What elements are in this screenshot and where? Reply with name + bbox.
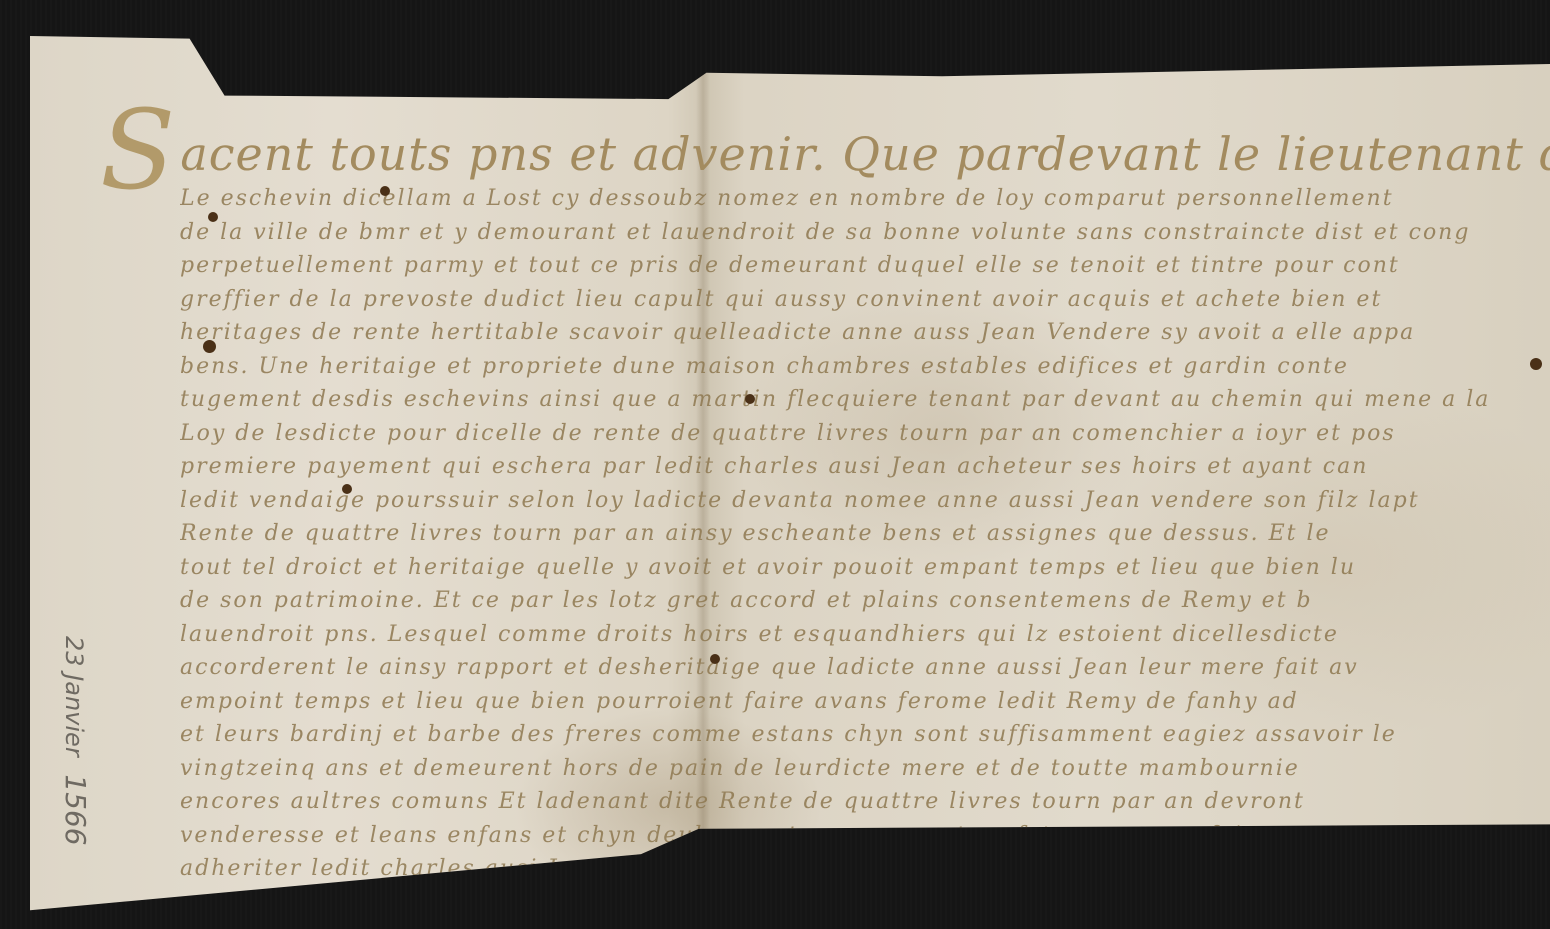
manuscript-text: Sacent touts pns et advenir. Que pardeva… bbox=[180, 122, 1550, 886]
manuscript-line: Rente de quattre livres tourn par an ain… bbox=[180, 517, 1550, 551]
ink-stain bbox=[1530, 358, 1542, 370]
heading-text: acent touts pns et advenir. Que pardevan… bbox=[180, 127, 1550, 181]
ink-stain bbox=[380, 186, 390, 196]
manuscript-line: perpetuellement parmy et tout ce pris de… bbox=[180, 249, 1550, 283]
manuscript-line: accorderent le ainsy rapport et desherit… bbox=[180, 651, 1550, 685]
parchment-document: Sacent touts pns et advenir. Que pardeva… bbox=[30, 36, 1550, 912]
manuscript-line: heritages de rente hertitable scavoir qu… bbox=[180, 316, 1550, 350]
manuscript-line: premiere payement qui eschera par ledit … bbox=[180, 450, 1550, 484]
manuscript-line: vingtzeinq ans et demeurent hors de pain… bbox=[180, 752, 1550, 786]
note-day: 23 bbox=[60, 636, 88, 667]
ink-stain bbox=[342, 484, 352, 494]
ink-stain bbox=[208, 212, 218, 222]
decorated-initial: S bbox=[100, 86, 176, 214]
note-year: 1566 bbox=[59, 774, 92, 845]
pencil-date-annotation: 23 Janvier 1566 bbox=[59, 636, 92, 846]
ink-stain bbox=[203, 340, 216, 353]
ink-stain bbox=[745, 394, 755, 404]
ink-stain bbox=[710, 654, 720, 664]
manuscript-line: de son patrimoine. Et ce par les lotz gr… bbox=[180, 584, 1550, 618]
manuscript-line: ledit vendaige pourssuir selon loy ladic… bbox=[180, 484, 1550, 518]
manuscript-line: tugement desdis eschevins ainsi que a ma… bbox=[180, 383, 1550, 417]
document-heading: Sacent touts pns et advenir. Que pardeva… bbox=[100, 122, 1550, 182]
manuscript-line: tout tel droict et heritaige quelle y av… bbox=[180, 551, 1550, 585]
manuscript-line: Loy de lesdicte pour dicelle de rente de… bbox=[180, 417, 1550, 451]
manuscript-line: empoint temps et lieu que bien pourroien… bbox=[180, 685, 1550, 719]
note-month: Janvier bbox=[60, 674, 88, 757]
manuscript-line: encores aultres comuns Et ladenant dite … bbox=[180, 785, 1550, 819]
manuscript-line: de la ville de bmr et y demourant et lau… bbox=[180, 216, 1550, 250]
manuscript-line: bens. Une heritaige et propriete dune ma… bbox=[180, 350, 1550, 384]
manuscript-line: greffier de la prevoste dudict lieu capu… bbox=[180, 283, 1550, 317]
manuscript-line: lauendroit pns. Lesquel comme droits hoi… bbox=[180, 618, 1550, 652]
manuscript-line: et leurs bardinj et barbe des freres com… bbox=[180, 718, 1550, 752]
